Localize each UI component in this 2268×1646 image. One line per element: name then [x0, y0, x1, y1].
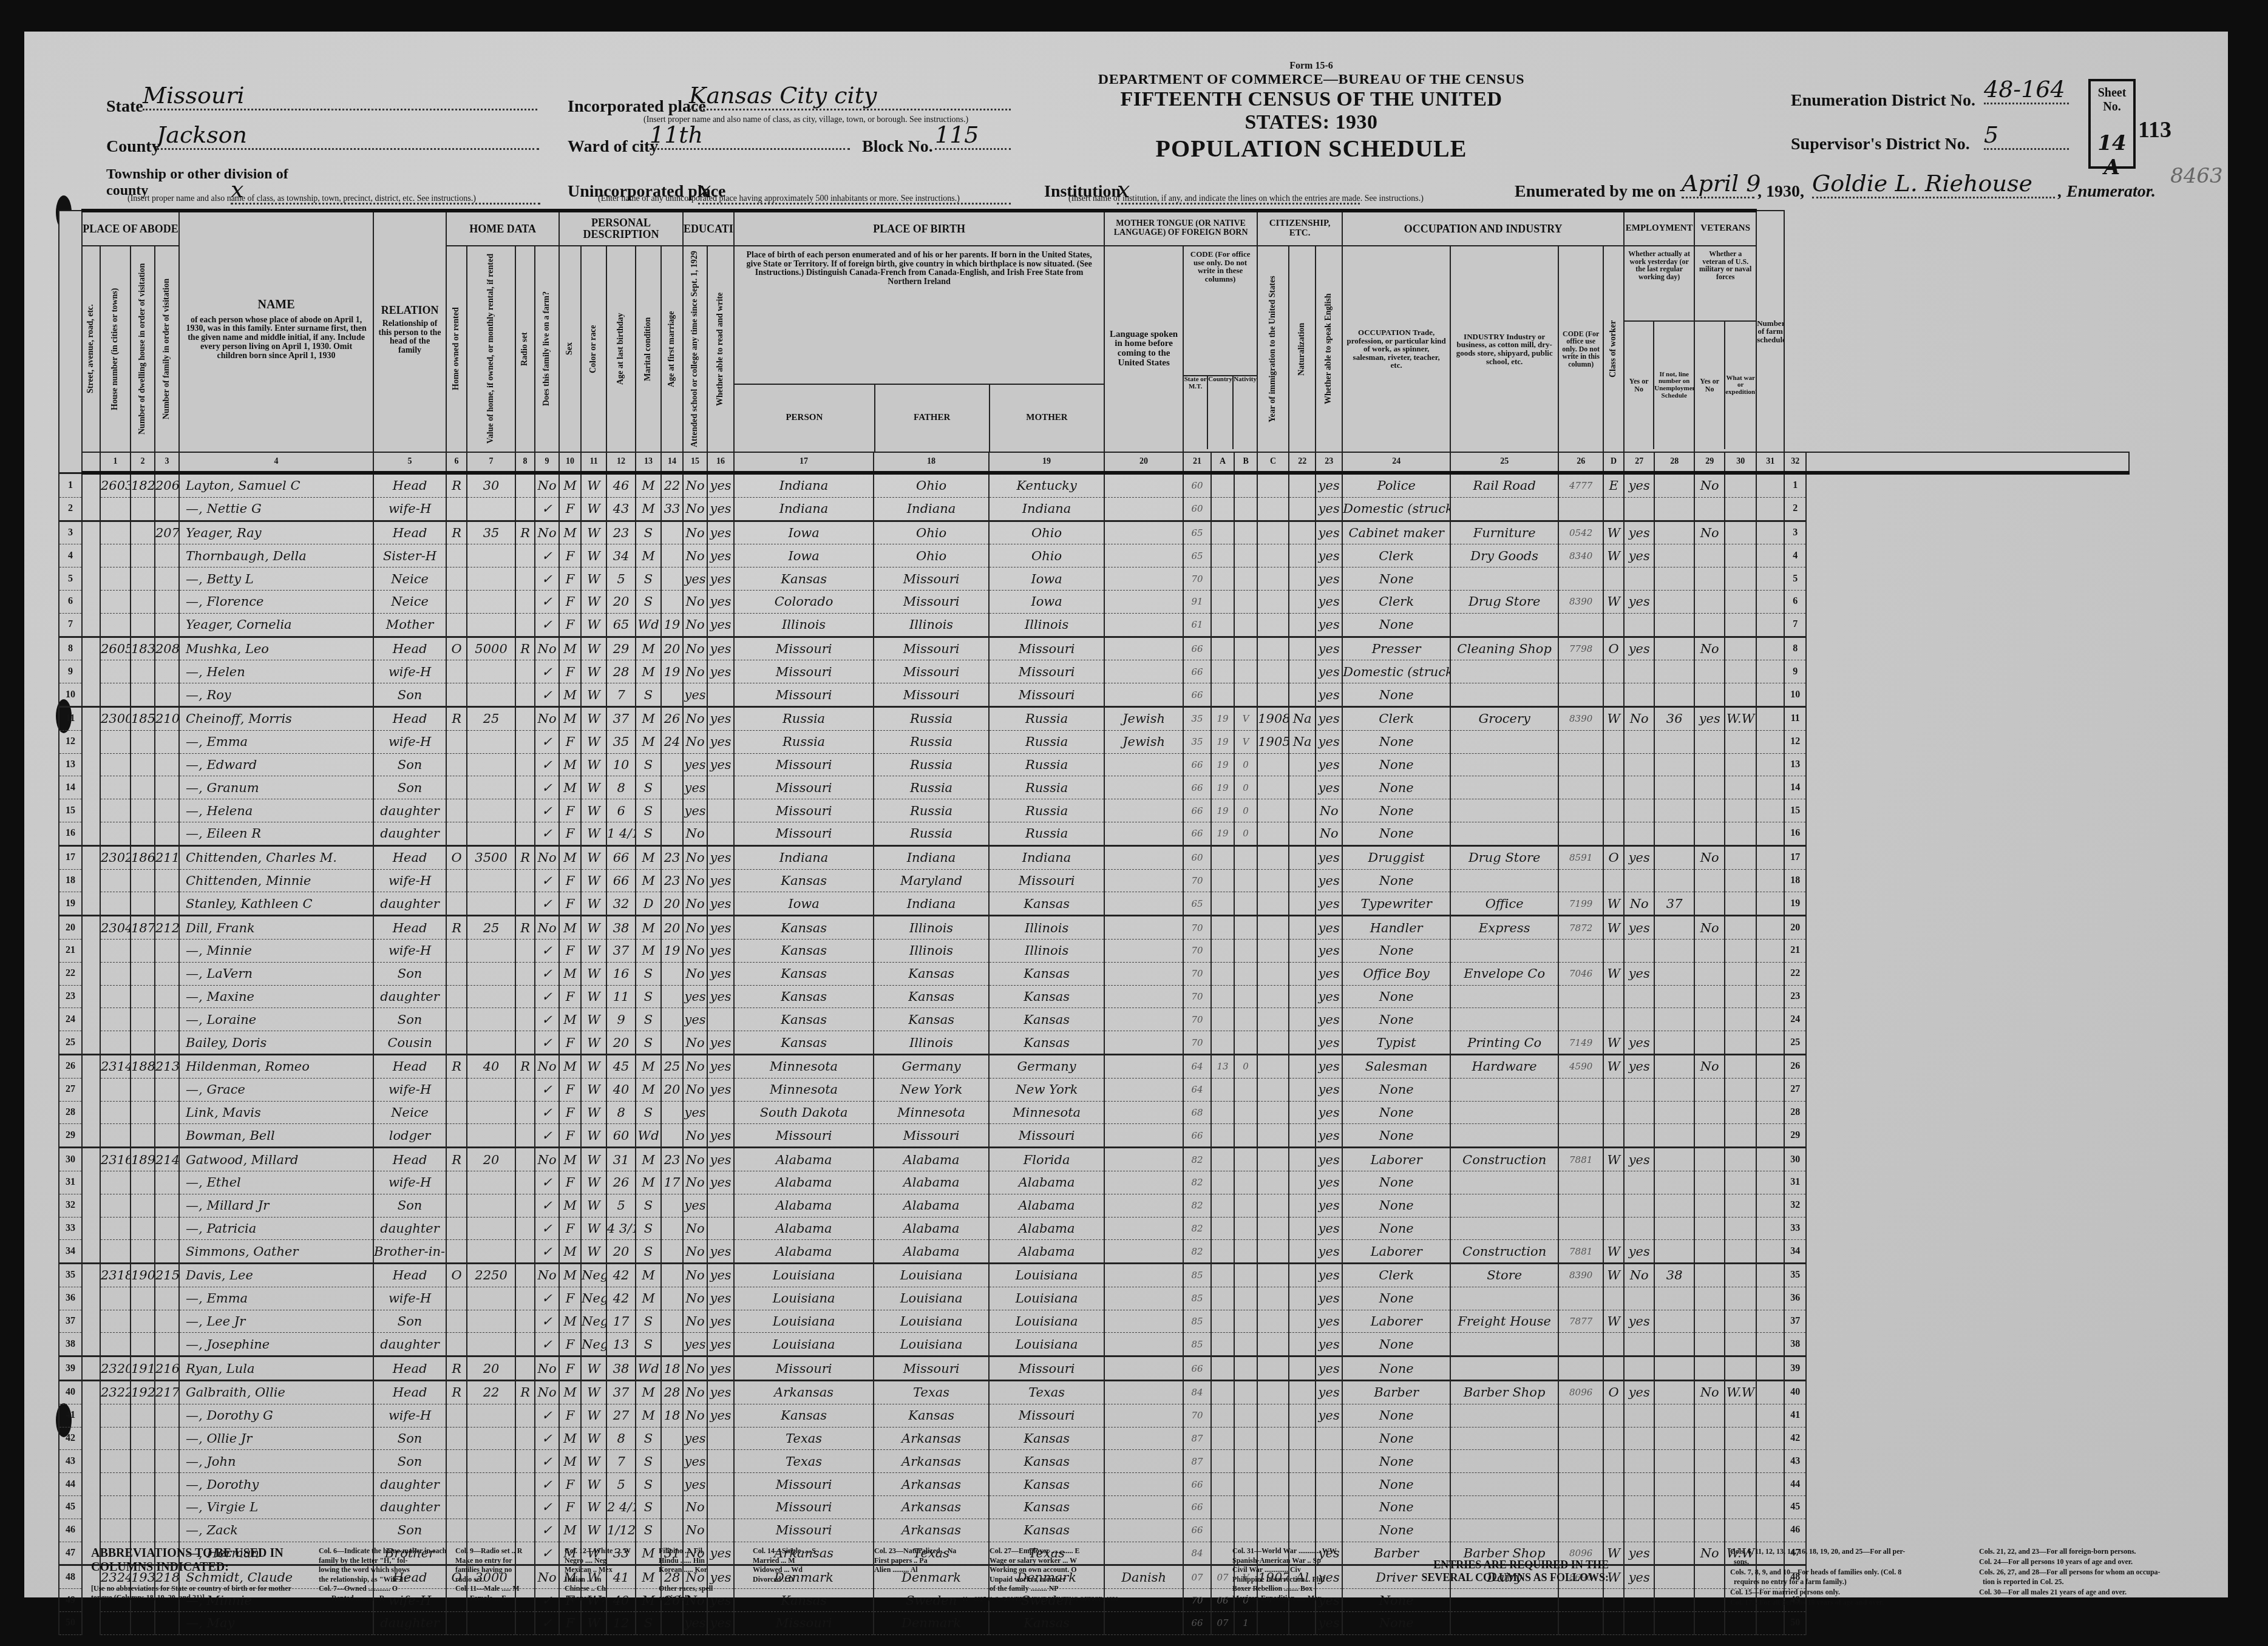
street-header: Street, avenue, road, etc.: [82, 246, 100, 452]
footer-abbreviations: ABBREVIATIONS TO BE USED IN COLUMNS INDI…: [91, 1546, 2216, 1595]
occupation-code-cell: 0542: [1558, 521, 1603, 544]
line-number: 22: [59, 962, 82, 985]
at-work-cell: [1624, 683, 1654, 707]
birthplace-father-cell: Arkansas: [874, 1473, 989, 1496]
color-race-cell: W: [581, 567, 606, 591]
sex-cell: F: [559, 1404, 581, 1427]
table-row: 3207Yeager, RayHeadR35RNoMW23SNoyesIowaO…: [59, 521, 2129, 544]
age-first-marriage-cell: [661, 1333, 683, 1356]
class-of-worker-cell: [1603, 799, 1624, 822]
war-expedition-cell: [1725, 985, 1756, 1008]
unemployment-line-cell: [1654, 1054, 1694, 1078]
age-first-marriage-cell: 20: [661, 1078, 683, 1101]
age-first-marriage-cell: [661, 1310, 683, 1333]
line-number-right: 27: [1784, 1078, 1806, 1101]
column-number: 23: [1316, 452, 1342, 473]
birthplace-father-cell: Illinois: [874, 1031, 989, 1055]
line-number: 26: [59, 1054, 82, 1078]
class-of-worker-cell: W: [1603, 1148, 1624, 1171]
war-expedition-cell: [1725, 916, 1756, 940]
attended-school-cell: yes: [683, 1194, 707, 1217]
mother-tongue-cell: [1104, 1078, 1183, 1101]
class-of-worker-cell: [1603, 1124, 1624, 1148]
person-name-cell: Dill, Frank: [179, 916, 373, 940]
mother-tongue-cell: [1104, 892, 1183, 916]
home-value-cell: [467, 892, 515, 916]
table-row: 37—, Lee JrSon✓MNeg17SNoyesLouisianaLoui…: [59, 1310, 2129, 1333]
house-number-cell: [100, 1217, 131, 1240]
mother-tongue-cell: [1104, 1496, 1183, 1519]
veteran-cell: [1694, 567, 1725, 591]
schedule-title: POPULATION SCHEDULE: [1081, 134, 1542, 163]
industry-cell: [1450, 776, 1558, 799]
birthplace-father-cell: Ohio: [874, 521, 989, 544]
age-cell: 43: [606, 497, 636, 521]
mother-tongue-cell: [1104, 567, 1183, 591]
code-country-cell: [1211, 985, 1234, 1008]
radio-set-cell: [515, 1240, 535, 1264]
mother-tongue-cell: [1104, 1264, 1183, 1287]
occupation-cell: None: [1342, 1008, 1450, 1031]
color-race-cell: W: [581, 776, 606, 799]
veteran-cell: [1694, 1148, 1725, 1171]
occupation-cell: None: [1342, 1333, 1450, 1356]
code-country-cell: [1211, 1008, 1234, 1031]
table-row: 19Stanley, Kathleen Cdaughter✓FW32D20Noy…: [59, 892, 2129, 916]
marital-condition-cell: M: [636, 1264, 661, 1287]
home-owned-cell: [446, 567, 467, 591]
home-owned-cell: [446, 939, 467, 962]
mother-tongue-cell: [1104, 939, 1183, 962]
line-number: 43: [59, 1450, 82, 1473]
mother-tongue-cell: [1104, 869, 1183, 892]
line-number: 11: [59, 706, 82, 730]
birthplace-person-cell: Missouri: [734, 683, 874, 707]
birthplace-father-cell: Texas: [874, 1381, 989, 1404]
occupation-cell: None: [1342, 1450, 1450, 1473]
house-number-cell: [100, 1404, 131, 1427]
war-expedition-cell: [1725, 1496, 1756, 1519]
war-expedition-cell: [1725, 1264, 1756, 1287]
mother-tongue-cell: [1104, 1171, 1183, 1194]
relationship-cell: Head: [373, 1264, 446, 1287]
relationship-cell: Son: [373, 1427, 446, 1450]
street-cell: [82, 1519, 100, 1542]
birthplace-person-cell: Colorado: [734, 590, 874, 613]
age-first-marriage-cell: [661, 1101, 683, 1124]
war-expedition-cell: [1725, 776, 1756, 799]
line-number-right: 42: [1784, 1427, 1806, 1450]
code-nativity-cell: [1234, 660, 1257, 683]
war-expedition-cell: [1725, 730, 1756, 753]
at-work-cell: [1624, 1473, 1654, 1496]
relationship-cell: Son: [373, 683, 446, 707]
farm-residence-cell: ✓: [535, 660, 559, 683]
at-work-cell: [1624, 1496, 1654, 1519]
birthplace-father-cell: Indiana: [874, 845, 989, 869]
code-nativity-cell: [1234, 962, 1257, 985]
table-row: 16—, Eileen Rdaughter✓FW1 4/12SNoMissour…: [59, 822, 2129, 845]
birthplace-mother-cell: Russia: [989, 822, 1104, 845]
house-number-cell: [100, 497, 131, 521]
radio-set-cell: [515, 1310, 535, 1333]
home-value-cell: 3500: [467, 845, 515, 869]
line-number-header: [59, 211, 82, 473]
at-work-cell: [1624, 1287, 1654, 1310]
radio-set-cell: R: [515, 1381, 535, 1404]
year-label: , 1930,: [1757, 182, 1804, 202]
code-nativity-cell: [1234, 1031, 1257, 1055]
industry-cell: [1450, 1404, 1558, 1427]
at-work-cell: [1624, 939, 1654, 962]
house-number-cell: [100, 567, 131, 591]
birthplace-person-cell: Alabama: [734, 1171, 874, 1194]
birthplace-person-cell: Alabama: [734, 1240, 874, 1264]
marital-condition-cell: M: [636, 1381, 661, 1404]
age-first-marriage-cell: [661, 1450, 683, 1473]
age-first-marriage-cell: [661, 962, 683, 985]
person-name-cell: —, Dorothy G: [179, 1404, 373, 1427]
sex-cell: F: [559, 1171, 581, 1194]
person-name-cell: Hildenman, Romeo: [179, 1054, 373, 1078]
code-state-cell: 70: [1183, 916, 1211, 940]
veteran-cell: [1694, 1078, 1725, 1101]
person-name-cell: Davis, Lee: [179, 1264, 373, 1287]
table-row: 21—, Minniewife-H✓FW37M19NoyesKansasIlli…: [59, 939, 2129, 962]
code-state-cell: 70: [1183, 869, 1211, 892]
color-race-cell: W: [581, 730, 606, 753]
attended-school-cell: yes: [683, 1101, 707, 1124]
family-number-cell: [155, 1473, 179, 1496]
relationship-cell: daughter: [373, 822, 446, 845]
code-country-cell: [1211, 1519, 1234, 1542]
line-number: 16: [59, 822, 82, 845]
farm-residence-cell: ✓: [535, 1450, 559, 1473]
radio-set-cell: R: [515, 1054, 535, 1078]
line-number-right: 8: [1784, 637, 1806, 660]
code-nativity-cell: [1234, 1404, 1257, 1427]
incorporated-value: Kansas City city: [689, 82, 1011, 110]
birthplace-person-cell: Illinois: [734, 613, 874, 637]
sex-cell: M: [559, 1381, 581, 1404]
street-cell: [82, 730, 100, 753]
home-value-cell: [467, 1496, 515, 1519]
birthplace-mother-cell: Kansas: [989, 1612, 1104, 1635]
group-relation: RELATION Relationship of this person to …: [373, 211, 446, 452]
war-expedition-cell: W.W: [1725, 706, 1756, 730]
home-value-cell: [467, 1427, 515, 1450]
table-row: 12603182206Layton, Samuel CHeadR30NoMW46…: [59, 473, 2129, 497]
immigration-year-cell: [1257, 1101, 1289, 1124]
occupation-code-cell: [1558, 1473, 1603, 1496]
unemployment-line-cell: [1654, 985, 1694, 1008]
color-race-cell: W: [581, 939, 606, 962]
age-cell: 66: [606, 845, 636, 869]
code-state-cell: 66: [1183, 660, 1211, 683]
family-number-cell: [155, 1217, 179, 1240]
relationship-cell: wife-H: [373, 730, 446, 753]
home-value-cell: [467, 1450, 515, 1473]
mother-tongue-cell: [1104, 845, 1183, 869]
age-cell: 31: [606, 1148, 636, 1171]
code-state-cell: 66: [1183, 1473, 1211, 1496]
speaks-english-cell: yes: [1316, 939, 1342, 962]
birthplace-person-cell: Missouri: [734, 822, 874, 845]
occupation-cell: None: [1342, 939, 1450, 962]
code-nativity-cell: [1234, 1356, 1257, 1381]
sex-cell: F: [559, 892, 581, 916]
at-work-cell: [1624, 1450, 1654, 1473]
war-expedition-cell: [1725, 1404, 1756, 1427]
immigration-year-cell: [1257, 683, 1289, 707]
radio-set-cell: [515, 497, 535, 521]
age-cell: 2 4/12: [606, 1496, 636, 1519]
sex-cell: M: [559, 845, 581, 869]
occupation-cell: Laborer: [1342, 1148, 1450, 1171]
industry-cell: Store: [1450, 1264, 1558, 1287]
occupation-cell: Domestic (struck): [1342, 497, 1450, 521]
attended-school-cell: No: [683, 660, 707, 683]
code-state-cell: 87: [1183, 1450, 1211, 1473]
veteran-cell: [1694, 1519, 1725, 1542]
home-value-cell: [467, 869, 515, 892]
birthplace-person-cell: Missouri: [734, 1519, 874, 1542]
industry-cell: [1450, 1473, 1558, 1496]
family-number-cell: [155, 1240, 179, 1264]
unemployment-line-cell: [1654, 1310, 1694, 1333]
marital-condition-cell: M: [636, 845, 661, 869]
line-number-right: 10: [1784, 683, 1806, 707]
immigration-year-cell: [1257, 1148, 1289, 1171]
birth-instructions: Place of birth of each person enumerated…: [735, 246, 1104, 385]
naturalization-cell: [1289, 1356, 1316, 1381]
class-of-worker-cell: [1603, 497, 1624, 521]
industry-cell: Grocery: [1450, 706, 1558, 730]
home-owned-cell: [446, 1078, 467, 1101]
radio-set-cell: [515, 939, 535, 962]
class-of-worker-cell: O: [1603, 637, 1624, 660]
radio-set-cell: [515, 1008, 535, 1031]
home-value-cell: [467, 683, 515, 707]
speaks-english-cell: yes: [1316, 683, 1342, 707]
sex-cell: M: [559, 1310, 581, 1333]
table-row: 45—, Virgie Ldaughter✓FW2 4/12SNoMissour…: [59, 1496, 2129, 1519]
code-nativity-cell: 1: [1234, 1612, 1257, 1635]
relationship-cell: Cousin: [373, 1031, 446, 1055]
unemployment-line-cell: [1654, 1404, 1694, 1427]
code-country-cell: 13: [1211, 1054, 1234, 1078]
read-write-cell: [707, 683, 734, 707]
birthplace-mother-cell: Russia: [989, 776, 1104, 799]
code-state-cell: 85: [1183, 1287, 1211, 1310]
age-first-marriage-cell: 18: [661, 1356, 683, 1381]
occupation-cell: None: [1342, 1287, 1450, 1310]
farm-residence-cell: ✓: [535, 1519, 559, 1542]
war-expedition-cell: [1725, 637, 1756, 660]
immigration-year-cell: [1257, 1054, 1289, 1078]
street-cell: [82, 683, 100, 707]
code-nativity-cell: [1234, 1450, 1257, 1473]
industry-cell: [1450, 1287, 1558, 1310]
code-country-cell: 19: [1211, 776, 1234, 799]
speaks-english-cell: yes: [1316, 1101, 1342, 1124]
relationship-cell: Brother-in-law: [373, 1240, 446, 1264]
home-owned-cell: [446, 613, 467, 637]
state-label: State: [106, 97, 143, 117]
marital-condition-cell: Wd: [636, 1356, 661, 1381]
attended-school-cell: No: [683, 1054, 707, 1078]
industry-cell: [1450, 1078, 1558, 1101]
marital-condition-cell: M: [636, 1148, 661, 1171]
farm-residence-cell: ✓: [535, 730, 559, 753]
class-of-worker-header: Class of worker: [1603, 246, 1624, 452]
color-race-cell: W: [581, 869, 606, 892]
industry-cell: [1450, 985, 1558, 1008]
immigration-year-cell: [1257, 1171, 1289, 1194]
mother-tongue-cell: [1104, 1101, 1183, 1124]
sex-cell: M: [559, 706, 581, 730]
farm-residence-cell: ✓: [535, 1078, 559, 1101]
farm-residence-cell: ✓: [535, 776, 559, 799]
family-number-cell: [155, 985, 179, 1008]
age-first-marriage-cell: [661, 1287, 683, 1310]
age-first-marriage-cell: 23: [661, 869, 683, 892]
occupation-code-cell: [1558, 1496, 1603, 1519]
attended-school-cell: No: [683, 1240, 707, 1264]
sheet-label: Sheet No.: [2091, 81, 2133, 114]
birthplace-mother-cell: Louisiana: [989, 1264, 1104, 1287]
home-value-cell: 25: [467, 916, 515, 940]
person-name-cell: —, Millard Jr: [179, 1194, 373, 1217]
birthplace-person-cell: Kansas: [734, 869, 874, 892]
birthplace-person-cell: Arkansas: [734, 1381, 874, 1404]
marital-condition-cell: S: [636, 1194, 661, 1217]
marital-condition-cell: S: [636, 1101, 661, 1124]
line-number-right: 18: [1784, 869, 1806, 892]
home-owned-cell: [446, 1310, 467, 1333]
age-cell: 37: [606, 939, 636, 962]
farm-schedule-cell: [1756, 1194, 1784, 1217]
radio-set-cell: [515, 753, 535, 776]
abbr-col23: Col. 23—Naturalized .. Na First papers .…: [874, 1546, 956, 1575]
naturalization-cell: [1289, 916, 1316, 940]
ed-value: 48-164: [1984, 76, 2069, 104]
relationship-cell: daughter: [373, 1496, 446, 1519]
farm-schedule-cell: [1756, 521, 1784, 544]
required-entries-2: Cols. 21, 22, and 23—For all foreign-bor…: [1979, 1546, 2161, 1597]
read-write-cell: yes: [707, 1148, 734, 1171]
age-first-marriage-cell: [661, 521, 683, 544]
code-nativity-cell: [1234, 1496, 1257, 1519]
relationship-cell: Son: [373, 1519, 446, 1542]
line-number: 21: [59, 939, 82, 962]
speaks-english-cell: yes: [1316, 1054, 1342, 1078]
age-first-marriage-cell: 20: [661, 637, 683, 660]
at-work-cell: yes: [1624, 1381, 1654, 1404]
code-country-cell: 07: [1211, 1612, 1234, 1635]
naturalization-cell: [1289, 637, 1316, 660]
farm-residence-cell: ✓: [535, 1171, 559, 1194]
war-expedition-cell: [1725, 497, 1756, 521]
class-of-worker-cell: [1603, 683, 1624, 707]
war-expedition-cell: [1725, 1008, 1756, 1031]
mother-tongue-cell: [1104, 1381, 1183, 1404]
census-table: PLACE OF ABODE NAME of each person whose…: [58, 209, 2130, 1635]
code-nativity-cell: [1234, 1333, 1257, 1356]
at-work-cell: yes: [1624, 962, 1654, 985]
street-cell: [82, 521, 100, 544]
family-number-cell: [155, 590, 179, 613]
farm-residence-cell: ✓: [535, 1240, 559, 1264]
unemployment-line-cell: [1654, 1496, 1694, 1519]
read-write-cell: yes: [707, 892, 734, 916]
mother-tongue-cell: [1104, 1240, 1183, 1264]
age-first-marriage-cell: 19: [661, 613, 683, 637]
birthplace-mother-cell: Kansas: [989, 985, 1104, 1008]
line-number-right: 2: [1784, 497, 1806, 521]
code-nativity-cell: [1234, 1264, 1257, 1287]
home-owned-cell: [446, 1031, 467, 1055]
age-first-marriage-cell: 20: [661, 892, 683, 916]
birthplace-mother-cell: Ohio: [989, 544, 1104, 567]
relation-instructions: Relationship of this person to the head …: [374, 316, 446, 359]
sex-cell: M: [559, 916, 581, 940]
line-number-right: 28: [1784, 1101, 1806, 1124]
occupation-code-cell: 7877: [1558, 1310, 1603, 1333]
line-number-right: 41: [1784, 1404, 1806, 1427]
code-country-cell: [1211, 892, 1234, 916]
person-name-cell: Simmons, Oather: [179, 1240, 373, 1264]
relationship-cell: daughter: [373, 1612, 446, 1635]
abbr-col14: Col. 14—Single .... S Married ... M Wido…: [753, 1546, 816, 1584]
code-country-cell: [1211, 1287, 1234, 1310]
read-write-cell: yes: [707, 473, 734, 497]
attended-school-cell: yes: [683, 567, 707, 591]
person-name-cell: Yeager, Ray: [179, 521, 373, 544]
sex-cell: M: [559, 637, 581, 660]
code-state-cell: 85: [1183, 1333, 1211, 1356]
immigration-year-cell: [1257, 1240, 1289, 1264]
attended-school-cell: yes: [683, 776, 707, 799]
radio-set-cell: [515, 590, 535, 613]
line-number: 38: [59, 1333, 82, 1356]
naturalization-cell: [1289, 521, 1316, 544]
relationship-cell: Son: [373, 776, 446, 799]
table-row: 2—, Nettie Gwife-H✓FW43M33NoyesIndianaIn…: [59, 497, 2129, 521]
color-race-cell: W: [581, 497, 606, 521]
dwelling-number-cell: 189: [131, 1148, 155, 1171]
code-state-cell: 66: [1183, 637, 1211, 660]
birthplace-father-cell: Kansas: [874, 1404, 989, 1427]
radio-set-cell: [515, 1356, 535, 1381]
code-country-cell: [1211, 845, 1234, 869]
street-cell: [82, 1217, 100, 1240]
immigration-year-cell: [1257, 637, 1289, 660]
attended-school-cell: No: [683, 892, 707, 916]
color-race-cell: W: [581, 521, 606, 544]
birthplace-person-cell: Missouri: [734, 660, 874, 683]
occupation-code-cell: 8591: [1558, 845, 1603, 869]
veteran-cell: [1694, 1473, 1725, 1496]
veteran-cell: No: [1694, 637, 1725, 660]
farm-residence-cell: ✓: [535, 497, 559, 521]
war-expedition-cell: [1725, 1427, 1756, 1450]
industry-cell: [1450, 730, 1558, 753]
code-state-cell: 85: [1183, 1310, 1211, 1333]
speaks-english-cell: [1316, 1473, 1342, 1496]
color-race-cell: W: [581, 1404, 606, 1427]
color-race-cell: W: [581, 706, 606, 730]
